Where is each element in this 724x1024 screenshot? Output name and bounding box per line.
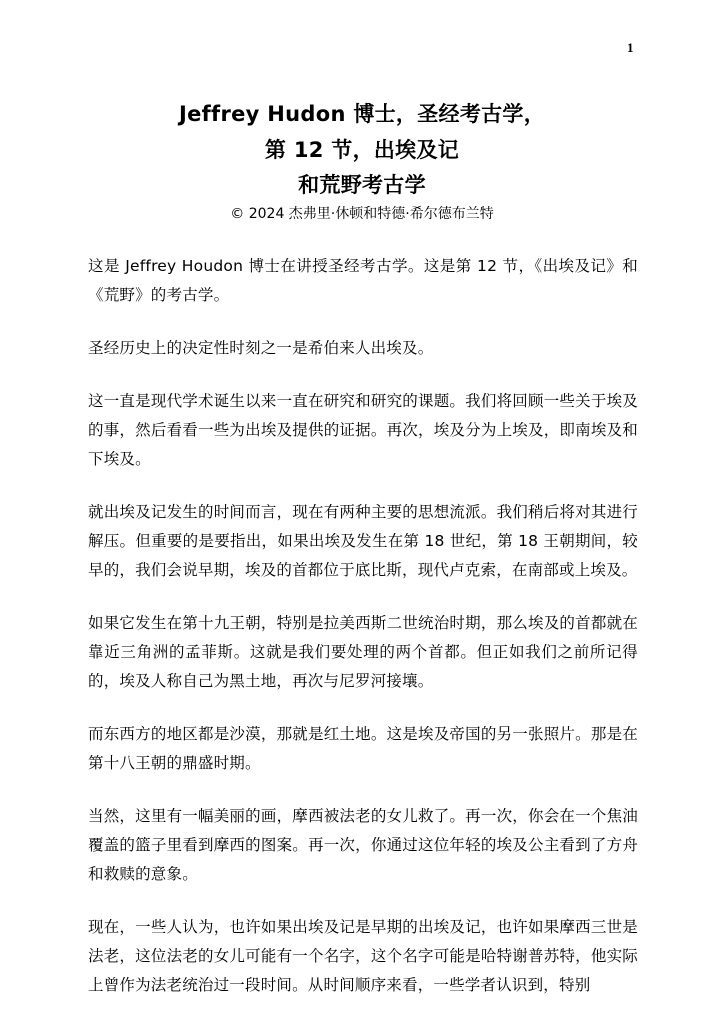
- paragraph: 而东西方的地区都是沙漠，那就是红土地。这是埃及帝国的另一张照片。那是在第十八王朝…: [88, 720, 638, 778]
- copyright-notice: © 2024 杰弗里·休顿和特德·希尔德布兰特: [0, 202, 724, 226]
- paragraph: 圣经历史上的决定性时刻之一是希伯来人出埃及。: [88, 334, 638, 363]
- paragraph: 这一直是现代学术诞生以来一直在研究和研究的课题。我们将回顾一些关于埃及的事，然后…: [88, 387, 638, 474]
- paragraph: 如果它发生在第十九王朝，特别是拉美西斯二世统治时期，那么埃及的首都就在靠近三角洲…: [88, 609, 638, 696]
- page-number: 1: [627, 40, 634, 56]
- paragraph: 当然，这里有一幅美丽的画，摩西被法老的女儿救了。再一次，你会在一个焦油覆盖的篮子…: [88, 802, 638, 889]
- paragraph: 就出埃及记发生的时间而言，现在有两种主要的思想流派。我们稍后将对其进行解压。但重…: [88, 498, 638, 585]
- paragraph: 这是 Jeffrey Houdon 博士在讲授圣经考古学。这是第 12 节，《出…: [88, 252, 638, 310]
- title-line-1: Jeffrey Hudon 博士，圣经考古学，: [0, 96, 724, 132]
- document-page: 1 Jeffrey Hudon 博士，圣经考古学， 第 12 节，出埃及记 和荒…: [0, 0, 724, 1024]
- document-body: 这是 Jeffrey Houdon 博士在讲授圣经考古学。这是第 12 节，《出…: [88, 252, 638, 1024]
- title-line-2: 第 12 节，出埃及记: [0, 132, 724, 169]
- title-line-3: 和荒野考古学: [0, 169, 724, 202]
- paragraph: 现在，一些人认为，也许如果出埃及记是早期的出埃及记，也许如果摩西三世是法老，这位…: [88, 913, 638, 1000]
- title-block: Jeffrey Hudon 博士，圣经考古学， 第 12 节，出埃及记 和荒野考…: [0, 96, 724, 226]
